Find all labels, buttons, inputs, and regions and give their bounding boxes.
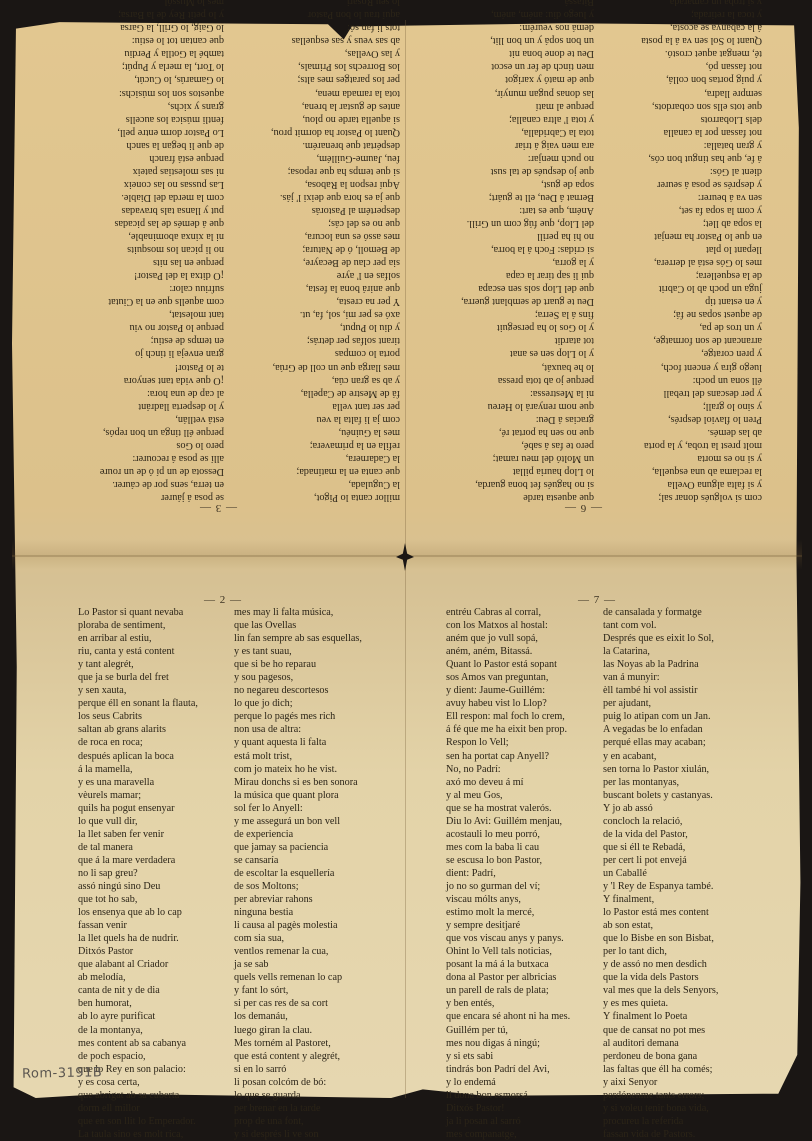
verse-line: y per descans del treball: [641, 387, 762, 400]
verse-line: mes la Guinéu,: [271, 426, 400, 439]
verse-line: sufriuu calor:: [100, 282, 224, 295]
verse-line: las donas pugan munyír,: [461, 87, 594, 100]
verse-line: que alabant al Criador: [78, 958, 198, 971]
verse-line: tota la Cabridalla,: [461, 126, 594, 139]
verse-line: perque lo pagés mes rich: [234, 710, 362, 723]
verse-line: not fassan por la canalla: [641, 126, 762, 139]
verse-line: lo que jo dich;: [234, 697, 362, 710]
verse-line: ja se sab: [234, 958, 362, 971]
page-3-column-1: se posa á jáureren terra, sens por de cá…: [100, 0, 224, 504]
verse-line: que nom renyará lo Hereu: [461, 400, 594, 413]
verse-line: refila en la primavera;: [271, 439, 400, 452]
verse-line: en terra, sens por de cáurer.: [100, 478, 224, 491]
verse-line: perdónenme tants errors;: [603, 1089, 718, 1102]
verse-line: despértat que brenarém.: [271, 139, 400, 152]
verse-line: lin fan sempre ab sas esquellas,: [234, 632, 362, 645]
verse-line: sia per clau de Becayre,: [271, 256, 400, 269]
verse-line: com aquells que en la Ciutat: [100, 295, 224, 308]
verse-line: se escusa lo bon Pastor,: [446, 854, 570, 867]
verse-line: que la vida dels Pastors: [603, 971, 718, 984]
verse-line: de roca en roca;: [78, 736, 198, 749]
verse-line: ni la xinxa abominable,: [100, 230, 224, 243]
verse-line: que de cansat no pot mes: [603, 1024, 718, 1037]
verse-line: jo no so gurman del ví;: [446, 880, 570, 893]
verse-line: que no sen ha portat ré,: [461, 426, 594, 439]
verse-line: li dona bon esmorsá.: [446, 1089, 570, 1102]
verse-line: Ell respon: mal foch lo crem,: [446, 710, 570, 723]
page-3-column-2: millor canta lo Pigot,la Cugulada,que ca…: [271, 0, 400, 504]
verse-line: la Catarina,: [603, 645, 718, 658]
verse-line: las Noyas ab la Padrina: [603, 658, 718, 671]
verse-line: molt prest la troba, y la porta: [641, 439, 762, 452]
verse-line: está molt trist,: [234, 750, 362, 763]
verse-line: quels vells remenan lo cap: [234, 971, 362, 984]
verse-line: feu, Jaume-Guillém,: [271, 152, 400, 165]
verse-line: per ser tant vella: [271, 400, 400, 413]
verse-line: tot atardit: [461, 334, 594, 347]
verse-line: que jo después de tal sust: [461, 165, 594, 178]
verse-line: y en estant tip: [641, 295, 762, 308]
verse-line: se posa á jáurer: [100, 491, 224, 504]
verse-line: perque en las nits: [100, 256, 224, 269]
verse-line: tota la ramada mena,: [271, 87, 400, 100]
verse-line: lo que se guarda: [234, 1089, 362, 1102]
verse-line: No, no Padrí:: [446, 763, 570, 776]
verse-line: de escoltar la esquellería: [234, 867, 362, 880]
verse-line: y sino lo grall;: [641, 400, 762, 413]
verse-line: aném que jo vull sopá,: [446, 632, 570, 645]
verse-line: y després se posa á seurer: [641, 178, 762, 191]
verse-line: lo Pastor está mes content: [603, 906, 718, 919]
verse-line: está vetllán,: [100, 413, 224, 426]
verse-line: sen va á beurer:: [641, 191, 762, 204]
verse-line: per brenar en la tarde: [234, 1102, 362, 1108]
verse-line: ninguna bestia: [234, 906, 362, 919]
verse-line: riu, canta y está content: [78, 645, 198, 658]
verse-line: ni la Mestressa:: [461, 387, 594, 400]
page-number-2: — 2 —: [204, 594, 242, 606]
verse-line: aném, aném, Bitassá.: [446, 645, 570, 658]
verse-line: de la montanya,: [78, 1024, 198, 1037]
verse-line: y sempre desitjaré: [446, 919, 570, 932]
verse-line: porta lo compas: [271, 347, 400, 360]
verse-line: Y per na cresta,: [271, 295, 400, 308]
verse-line: per las montanyas,: [603, 776, 718, 789]
verse-line: que del Llop sols sen escapa: [461, 282, 594, 295]
page-6-column-2: com si volgués donar sal;y si falta algu…: [641, 0, 762, 504]
verse-line: Deu te guart de semblant guerra,: [461, 295, 594, 308]
verse-line: que vos viscau anys y panys.: [446, 932, 570, 945]
verse-line: no negareu descortesos: [234, 684, 362, 697]
verse-line: sopa de gust,: [461, 178, 594, 191]
verse-line: los Borrechs los Primals,: [271, 60, 400, 73]
verse-line: Dessota de un pí ó de un roure: [100, 465, 224, 478]
verse-line: de sos Moltons;: [234, 880, 362, 893]
page-7-column-2: de cansalada y formatgetant com vol.Desp…: [603, 606, 718, 1108]
verse-line: dona al Pastor per albricias: [446, 971, 570, 984]
verse-line: com jo mateix ho he vist.: [234, 763, 362, 776]
verse-line: Guillém per tú,: [446, 1024, 570, 1037]
verse-line: después aplican la boca: [78, 750, 198, 763]
verse-line: dels Llobarrots: [641, 113, 762, 126]
verse-line: y diu lo Puput,: [271, 321, 400, 334]
verse-line: ¡O ditxa la del Pastor!: [100, 269, 224, 282]
verse-line: Quant lo Pastor está sopant: [446, 658, 570, 671]
verse-line: y las Ovellas,: [271, 47, 400, 60]
verse-line: perque lo Pastor no viu: [100, 321, 224, 334]
verse-line: te lo Pastor!: [100, 360, 224, 373]
verse-line: per ajudant,: [603, 697, 718, 710]
verse-line: aquestos son los músichs:: [100, 87, 224, 100]
verse-line: perqué ellas may acaban;: [603, 736, 718, 749]
verse-line: y lo endemá: [446, 1076, 570, 1089]
verse-line: que cantan tot lo estiu:: [100, 34, 224, 47]
verse-line: y en acabant,: [603, 750, 718, 763]
verse-line: la Cugulada,: [271, 478, 400, 491]
verse-line: posant la má á la butxaca: [446, 958, 570, 971]
verse-line: solfas en l' ayre: [271, 269, 400, 282]
verse-line: que canta en la matinada;: [271, 465, 400, 478]
verse-line: Deu te done bona nit: [461, 47, 594, 60]
verse-line: Y finalment lo Poeta: [603, 1010, 718, 1023]
verse-line: puig lo atipan com un Jan.: [603, 710, 718, 723]
verse-line: mes nou digas á ningú;: [446, 1037, 570, 1050]
verse-line: Ditxós Pastor: [78, 945, 198, 958]
verse-line: que jamay sa paciencia: [234, 841, 362, 854]
bottom-half: — 2 — — 7 — Lo Pastor si quant nevabaplo…: [0, 554, 812, 1108]
verse-line: de la esquellera;: [641, 269, 762, 282]
verse-line: com la merda del Diable.: [100, 191, 224, 204]
verse-line: lo Gaig, lo Grill, la Garsa: [100, 21, 224, 34]
verse-line: éll sona un poch:: [641, 374, 762, 387]
verse-line: ni sas molestias pateix: [100, 165, 224, 178]
verse-line: y aixi Senyor: [603, 1076, 718, 1089]
verse-line: que tots ells son cobardots,: [641, 100, 762, 113]
verse-line: pero te fas á sabé,: [461, 439, 594, 452]
verse-line: la música que quant plora: [234, 789, 362, 802]
verse-line: la llet saben fer venir: [78, 828, 198, 841]
verse-line: Lo Pastor dorm entre pell,: [100, 126, 224, 139]
verse-line: not fassan pó,: [641, 60, 762, 73]
verse-line: fentli música los aucells: [100, 113, 224, 126]
verse-line: los ensenya que ab lo cap: [78, 906, 198, 919]
verse-line: Las pussas no las coneix: [100, 178, 224, 191]
verse-line: concloch la relació,: [603, 815, 718, 828]
verse-line: mes content ab sa cabanya: [78, 1037, 198, 1050]
verse-line: mes may li falta música,: [234, 606, 362, 619]
verse-line: de aquest sopas ne fá;: [641, 308, 762, 321]
verse-line: mes lo Gós está al derrera,: [641, 256, 762, 269]
verse-line: ab sas veus y sas esquellas: [271, 34, 400, 47]
verse-line: Quant lo Pastor ha dormit prou,: [271, 126, 400, 139]
verse-line: perque está franch: [100, 152, 224, 165]
verse-line: dorm ell millor: [78, 1102, 198, 1108]
verse-line: y lo desperta lladránt: [100, 400, 224, 413]
verse-line: tots li fan só:: [271, 21, 400, 34]
verse-line: en que lo Pastor ha menjat: [641, 230, 762, 243]
verse-line: Ohint lo Vell tals noticias,: [446, 945, 570, 958]
verse-line: un Caballé: [603, 867, 718, 880]
verse-line: mes com la baba li cau: [446, 841, 570, 854]
verse-line: y ab sa gran cúa,: [271, 374, 400, 387]
verse-line: pero lo Gos: [100, 439, 224, 452]
verse-line: y toca la retirada;: [641, 8, 762, 21]
verse-line: que no es del cás;: [271, 217, 400, 230]
verse-line: que ja es hora que deixi l' jás.: [271, 191, 400, 204]
verse-line: no puch menjar:: [461, 152, 594, 165]
verse-line: del Llop, que fúg com un Grill.: [461, 217, 594, 230]
verse-line: fins á la Serra;: [461, 308, 594, 321]
verse-line: acostauli lo meu porró,: [446, 828, 570, 841]
verse-line: perdoneu de bona gana: [603, 1050, 718, 1063]
page-6-column-1: que aquesta tardesi no hagués fet bona g…: [461, 0, 594, 504]
verse-line: axó es per mi, sol, fa, ut.: [271, 308, 400, 321]
verse-line: que las Ovellas: [234, 619, 362, 632]
verse-line: de Bemoll, ó de Natura;: [271, 243, 400, 256]
verse-line: llepant lo plat: [641, 243, 762, 256]
verse-line: lo Gamarús, lo Cucút,: [100, 73, 224, 86]
verse-line: los demanáu,: [234, 1010, 362, 1023]
verse-line: y lo petit Rey de la Barsa;: [100, 8, 224, 21]
verse-line: millor canta lo Pigot,: [271, 491, 400, 504]
verse-line: Lo Pastor si quant nevaba: [78, 606, 198, 619]
verse-line: que está content y alegrét,: [234, 1050, 362, 1063]
verse-line: perque éll en sonant la flauta,: [78, 697, 198, 710]
verse-line: té, mengat aquet crostó.: [641, 47, 762, 60]
verse-line: van á munyir:: [603, 671, 718, 684]
verse-line: antes de gustar la brena,: [271, 100, 400, 113]
verse-line: lo que vull dir,: [78, 815, 198, 828]
verse-line: Y finalment,: [603, 893, 718, 906]
verse-line: grans y xichs,: [100, 100, 224, 113]
verse-line: demá nos veurém:: [461, 21, 594, 34]
verse-line: lo Llop hauria pillat: [461, 465, 594, 478]
verse-line: á la mamella,: [78, 763, 198, 776]
verse-line: un parell de rals de plata;: [446, 984, 570, 997]
verse-line: èll també hi vol assistir: [603, 684, 718, 697]
verse-line: Pren lo flaviol després,: [641, 413, 762, 426]
verse-line: A vegadas be lo enfadan: [603, 723, 718, 736]
verse-line: que lo Bisbe en son Bisbat,: [603, 932, 718, 945]
verse-line: tindrás bon Padrí del Avi,: [446, 1063, 570, 1076]
verse-line: val mes que la dels Senyors,: [603, 984, 718, 997]
verse-line: fá de Mestre de Capella,: [271, 387, 400, 400]
verse-line: entréu Cabras al corral,: [446, 606, 570, 619]
verse-line: y un tros de pa,: [641, 321, 762, 334]
verse-line: gracias á Deu:: [461, 413, 594, 426]
verse-line: també la Gotlla y Perdiu: [100, 47, 224, 60]
verse-line: Y jo ab assó: [603, 802, 718, 815]
verse-line: que si éll te Rebadá,: [603, 841, 718, 854]
verse-line: mes llarga que un coll de Grúa,: [271, 360, 400, 373]
verse-line: y com la sopa fa set,: [641, 204, 762, 217]
verse-line: put y llansa tals bravadas: [100, 204, 224, 217]
verse-line: ab melodía,: [78, 971, 198, 984]
verse-line: tant com vol.: [603, 619, 718, 632]
verse-line: estimo molt la mercé,: [446, 906, 570, 919]
verse-line: si en lo sarró: [234, 1063, 362, 1076]
verse-line: luego giran la clau.: [234, 1024, 362, 1037]
verse-line: que de mató y xarigot: [461, 73, 594, 86]
verse-line: y si no es morta: [641, 452, 762, 465]
verse-line: qui li sap tirar la capa: [461, 269, 594, 282]
archive-shelfmark: Rom-3191B: [22, 1065, 103, 1081]
verse-line: de la vida del Pastor,: [603, 828, 718, 841]
verse-line: perque jo ab tota pressa: [461, 374, 594, 387]
verse-line: y si ets sabi: [446, 1050, 570, 1063]
verse-line: la Cadarnera,: [271, 452, 400, 465]
verse-line: li posan colcóm de bó:: [234, 1076, 362, 1089]
verse-line: com sia sua,: [234, 932, 362, 945]
verse-line: de tal manera: [78, 841, 198, 854]
verse-line: Quant lo Sol sen va á la posta: [641, 34, 762, 47]
verse-line: canta de nit y de dia: [78, 984, 198, 997]
verse-line: Mirau donchs si es ben sonora: [234, 776, 362, 789]
verse-line: ben humorat,: [78, 997, 198, 1010]
verse-line: y al meu Gos,: [446, 789, 570, 802]
verse-line: se cansaría: [234, 854, 362, 867]
verse-line: Ditxós Pastor!: [446, 1102, 570, 1108]
verse-line: sen ha portat cap Anyell?: [446, 750, 570, 763]
verse-line: y es una maravella: [78, 776, 198, 789]
page-2-column-2: mes may li falta música,que las Ovellasl…: [234, 606, 362, 1108]
verse-line: axó mo deveu á mí: [446, 776, 570, 789]
verse-line: buscant bolets y castanyas.: [603, 789, 718, 802]
verse-line: de que li began la sanch: [100, 139, 224, 152]
verse-line: y ben entés,: [446, 997, 570, 1010]
verse-line: Bitassá,: [461, 0, 594, 8]
verse-line: dient: Padrí,: [446, 867, 570, 880]
verse-line: la sopa ab llet;: [641, 217, 762, 230]
verse-line: non usa de altra:: [234, 723, 362, 736]
verse-line: aquí trau lo bon Pastor: [271, 8, 400, 21]
verse-line: si aquella tarde no plou,: [271, 113, 400, 126]
verse-line: y puig portas bon collá,: [641, 73, 762, 86]
verse-line: no li sap greu?: [78, 867, 198, 880]
page-number-7: — 7 —: [578, 594, 616, 606]
verse-line: y sou pagesos,: [234, 671, 362, 684]
verse-line: lo seu Rosari,: [271, 0, 400, 8]
verse-line: saltan ab grans alarits: [78, 723, 198, 736]
verse-line: sempre lladra,: [641, 87, 762, 100]
page-7-column-1: entréu Cabras al corral,con los Matxos a…: [446, 606, 570, 1108]
verse-line: allí se posa á recourer:: [100, 452, 224, 465]
verse-line: gran enveja li tinch jo: [100, 347, 224, 360]
verse-line: y de assó no men desdich: [603, 958, 718, 971]
verse-line: Després que es eixit lo Sol,: [603, 632, 718, 645]
verse-line: sen torna lo Pastor xiulán,: [603, 763, 718, 776]
verse-line: y si voleu tenir bona vida,: [603, 1102, 718, 1108]
verse-line: que aquesta tarde: [461, 491, 594, 504]
verse-line: sol fer lo Anyell:: [234, 802, 362, 815]
verse-line: en temps de estiu;: [100, 334, 224, 347]
verse-line: de poch espacio,: [78, 1050, 198, 1063]
verse-line: ¡O que vida tant senyora: [100, 374, 224, 387]
verse-line: que si be ho reparau: [234, 658, 362, 671]
verse-line: en arribar al estiu,: [78, 632, 198, 645]
verse-line: tirant solfas per detrás;: [271, 334, 400, 347]
verse-line: si que temps ha que reposa;: [271, 165, 400, 178]
verse-line: viscau mólts anys,: [446, 893, 570, 906]
verse-line: si no hagués fet bona guarda,: [461, 478, 594, 491]
verse-line: fassan venir: [78, 919, 198, 932]
verse-line: y pren coratge,: [641, 347, 762, 360]
verse-line: y sen xauta,: [78, 684, 198, 697]
verse-line: y si falta alguna Ovella: [641, 478, 762, 491]
verse-line: assó ningú sino Deu: [78, 880, 198, 893]
verse-line: quils ha pogut ensenyar: [78, 802, 198, 815]
verse-line: que anirá bona la festa,: [271, 282, 400, 295]
verse-line: luego gira y encent foch,: [641, 360, 762, 373]
verse-line: y quant aquesta li falta: [234, 736, 362, 749]
verse-line: per los paratges mes alts;: [271, 73, 400, 86]
verse-line: y es tant suau,: [234, 645, 362, 658]
verse-line: com ja li falta la veu: [271, 413, 400, 426]
verse-line: que á demés de las picadas: [100, 217, 224, 230]
page-2-column-1: Lo Pastor si quant nevabaploraba de sent…: [78, 606, 198, 1108]
verse-line: y luego diu: aném, aném,: [461, 8, 594, 21]
verse-line: Mes torném al Pastoret,: [234, 1037, 362, 1050]
verse-line: tant molestat,: [100, 308, 224, 321]
verse-line: al auditori demana: [603, 1037, 718, 1050]
verse-line: mes assó es una locura,: [271, 230, 400, 243]
verse-line: y es mes quieta.: [603, 997, 718, 1010]
verse-line: sos Amos van preguntan,: [446, 671, 570, 684]
verse-line: que se ha mostrat valerós.: [446, 802, 570, 815]
verse-line: con los Matxos al hostal:: [446, 619, 570, 632]
verse-line: mes lo Mussól,: [100, 0, 224, 8]
verse-line: y lo Llop sen es anat: [461, 347, 594, 360]
verse-line: Diu lo Avi: Guillém menjau,: [446, 815, 570, 828]
verse-line: y lo Gos lo ha perseguit: [461, 321, 594, 334]
verse-line: y dient: Jaume-Guillém:: [446, 684, 570, 697]
verse-line: Bernat á Deu, ell te guárt;: [461, 191, 594, 204]
verse-line: no li pican los mosquits: [100, 243, 224, 256]
verse-line: ab son estat,: [603, 919, 718, 932]
verse-line: que abrigat ab sa cuberta: [78, 1089, 198, 1102]
verse-line: al cap de una hora:: [100, 387, 224, 400]
verse-line: y 'l Rey de Espanya també.: [603, 880, 718, 893]
verse-line: perque al matí: [461, 100, 594, 113]
verse-line: un bon sopá y un bon llit,: [461, 34, 594, 47]
verse-line: si per cas res de sa cort: [234, 997, 362, 1010]
verse-line: y si troba un camarada: [641, 0, 762, 8]
verse-line: un Moltó del meu ramat;: [461, 452, 594, 465]
verse-line: que tot ho sab,: [78, 893, 198, 906]
verse-line: avuy habeu vist lo Llop?: [446, 697, 570, 710]
verse-line: Aquí respon la Rabosa,: [271, 178, 400, 191]
verse-line: y fant lo sórt,: [234, 984, 362, 997]
verse-line: y gran batalla:: [641, 139, 762, 152]
verse-line: men tinch de fer un escot: [461, 60, 594, 73]
verse-line: y la gorra,: [461, 256, 594, 269]
verse-line: ara men vaig á triar: [461, 139, 594, 152]
verse-line: que encara sé ahont ni ha mes.: [446, 1010, 570, 1023]
verse-line: que á la mare verdadera: [78, 854, 198, 867]
verse-line: y tant alegrét,: [78, 658, 198, 671]
verse-line: lo he bauxát,: [461, 360, 594, 373]
verse-line: vèurels mamar;: [78, 789, 198, 802]
verse-line: Aném, que es tart:: [461, 204, 594, 217]
verse-line: dient al Gós:: [641, 165, 762, 178]
verse-line: ploraba de sentiment,: [78, 619, 198, 632]
verse-line: despertém al Pastorás: [271, 204, 400, 217]
verse-line: las faltas que éll ha comés;: [603, 1063, 718, 1076]
verse-line: per abreviar rahons: [234, 893, 362, 906]
verse-line: que ja se burla del fret: [78, 671, 198, 684]
verse-line: arrancant de son formatge,: [641, 334, 762, 347]
verse-line: com si volgués donar sal;: [641, 491, 762, 504]
